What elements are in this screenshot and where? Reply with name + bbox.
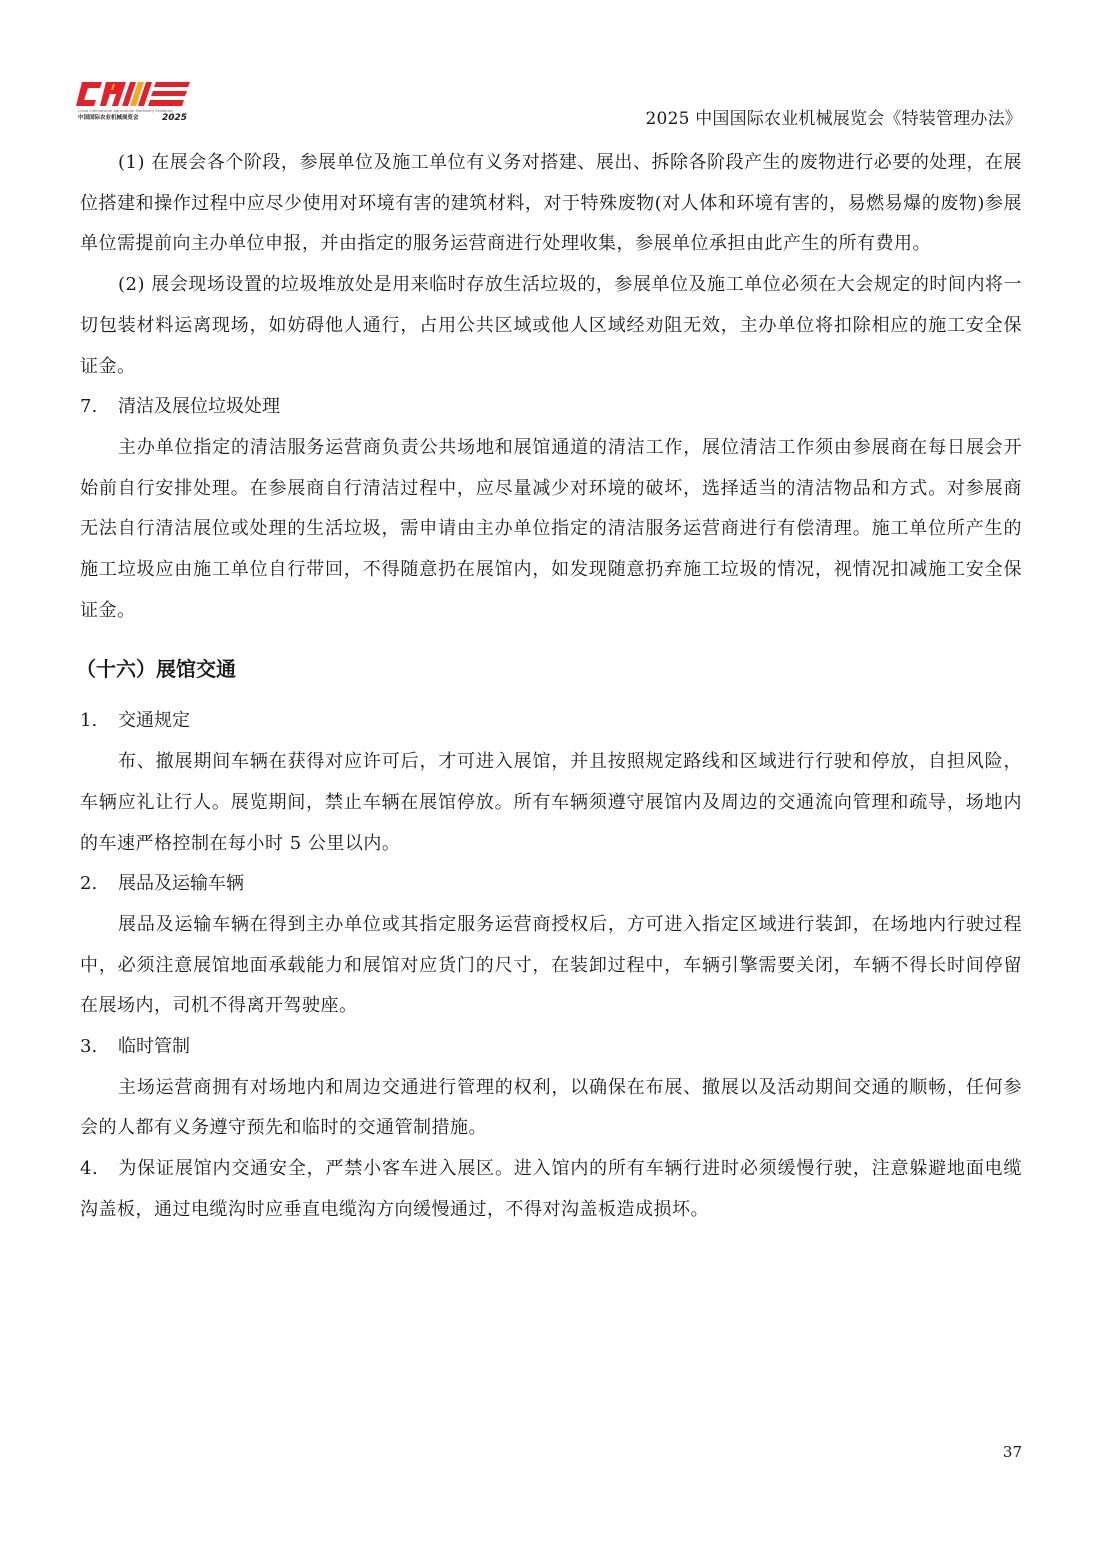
subsection-2-heading: 2.展品及运输车辆 (80, 864, 1022, 905)
paragraph-cleaning: 主办单位指定的清洁服务运营商负责公共场地和展馆通道的清洁工作，展位清洁工作须由参… (80, 428, 1022, 632)
subsection-1-heading: 1.交通规定 (80, 701, 1022, 742)
svg-text:中国国际农业机械展览会: 中国国际农业机械展览会 (78, 113, 139, 121)
item-number: 2. (80, 864, 118, 905)
section-heading-hall-traffic: （十六）展馆交通 (76, 655, 1022, 683)
paragraph-waste-disposal: (1) 在展会各个阶段，参展单位及施工单位有义务对搭建、展出、拆除各阶段产生的废… (80, 143, 1022, 265)
document-page: China International Agricultural Machine… (0, 0, 1102, 1559)
item-title: 清洁及展位垃圾处理 (118, 396, 280, 417)
paragraph-garbage-area: (2) 展会现场设置的垃圾堆放处是用来临时存放生活垃圾的，参展单位及施工单位必须… (80, 265, 1022, 387)
item-number: 7. (80, 387, 118, 428)
subsection-4-paragraph: 4.为保证展馆内交通安全，严禁小客车进入展区。进入馆内的所有车辆行进时必须缓慢行… (80, 1149, 1022, 1230)
item-title: 临时管制 (118, 1036, 190, 1057)
page-number: 37 (1003, 1443, 1022, 1461)
item-number: 4. (80, 1149, 118, 1190)
subsection-3-heading: 3.临时管制 (80, 1027, 1022, 1068)
document-header-title: 2025 中国国际农业机械展览会《特装管理办法》 (646, 104, 1022, 129)
paragraph-traffic-rules: 布、撤展期间车辆在获得对应许可后，才可进入展馆，并且按照规定路线和区域进行行驶和… (80, 742, 1022, 864)
document-body: (1) 在展会各个阶段，参展单位及施工单位有义务对搭建、展出、拆除各阶段产生的废… (80, 143, 1022, 1231)
svg-text:China International Agricultur: China International Agricultural Machine… (78, 109, 173, 113)
item-7-heading: 7.清洁及展位垃圾处理 (80, 387, 1022, 428)
item-title: 交通规定 (118, 710, 190, 731)
svg-text:2025: 2025 (162, 113, 187, 122)
paragraph-transport-vehicles: 展品及运输车辆在得到主办单位或其指定服务运营商授权后，方可进入指定区域进行装卸，… (80, 905, 1022, 1027)
item-text: 为保证展馆内交通安全，严禁小客车进入展区。进入馆内的所有车辆行进时必须缓慢行驶，… (80, 1158, 1022, 1220)
paragraph-temporary-control: 主场运营商拥有对场地内和周边交通进行管理的权利，以确保在布展、撤展以及活动期间交… (80, 1068, 1022, 1149)
item-number: 1. (80, 701, 118, 742)
came-2025-logo: China International Agricultural Machine… (76, 78, 194, 122)
item-title: 展品及运输车辆 (118, 873, 244, 894)
item-number: 3. (80, 1027, 118, 1068)
